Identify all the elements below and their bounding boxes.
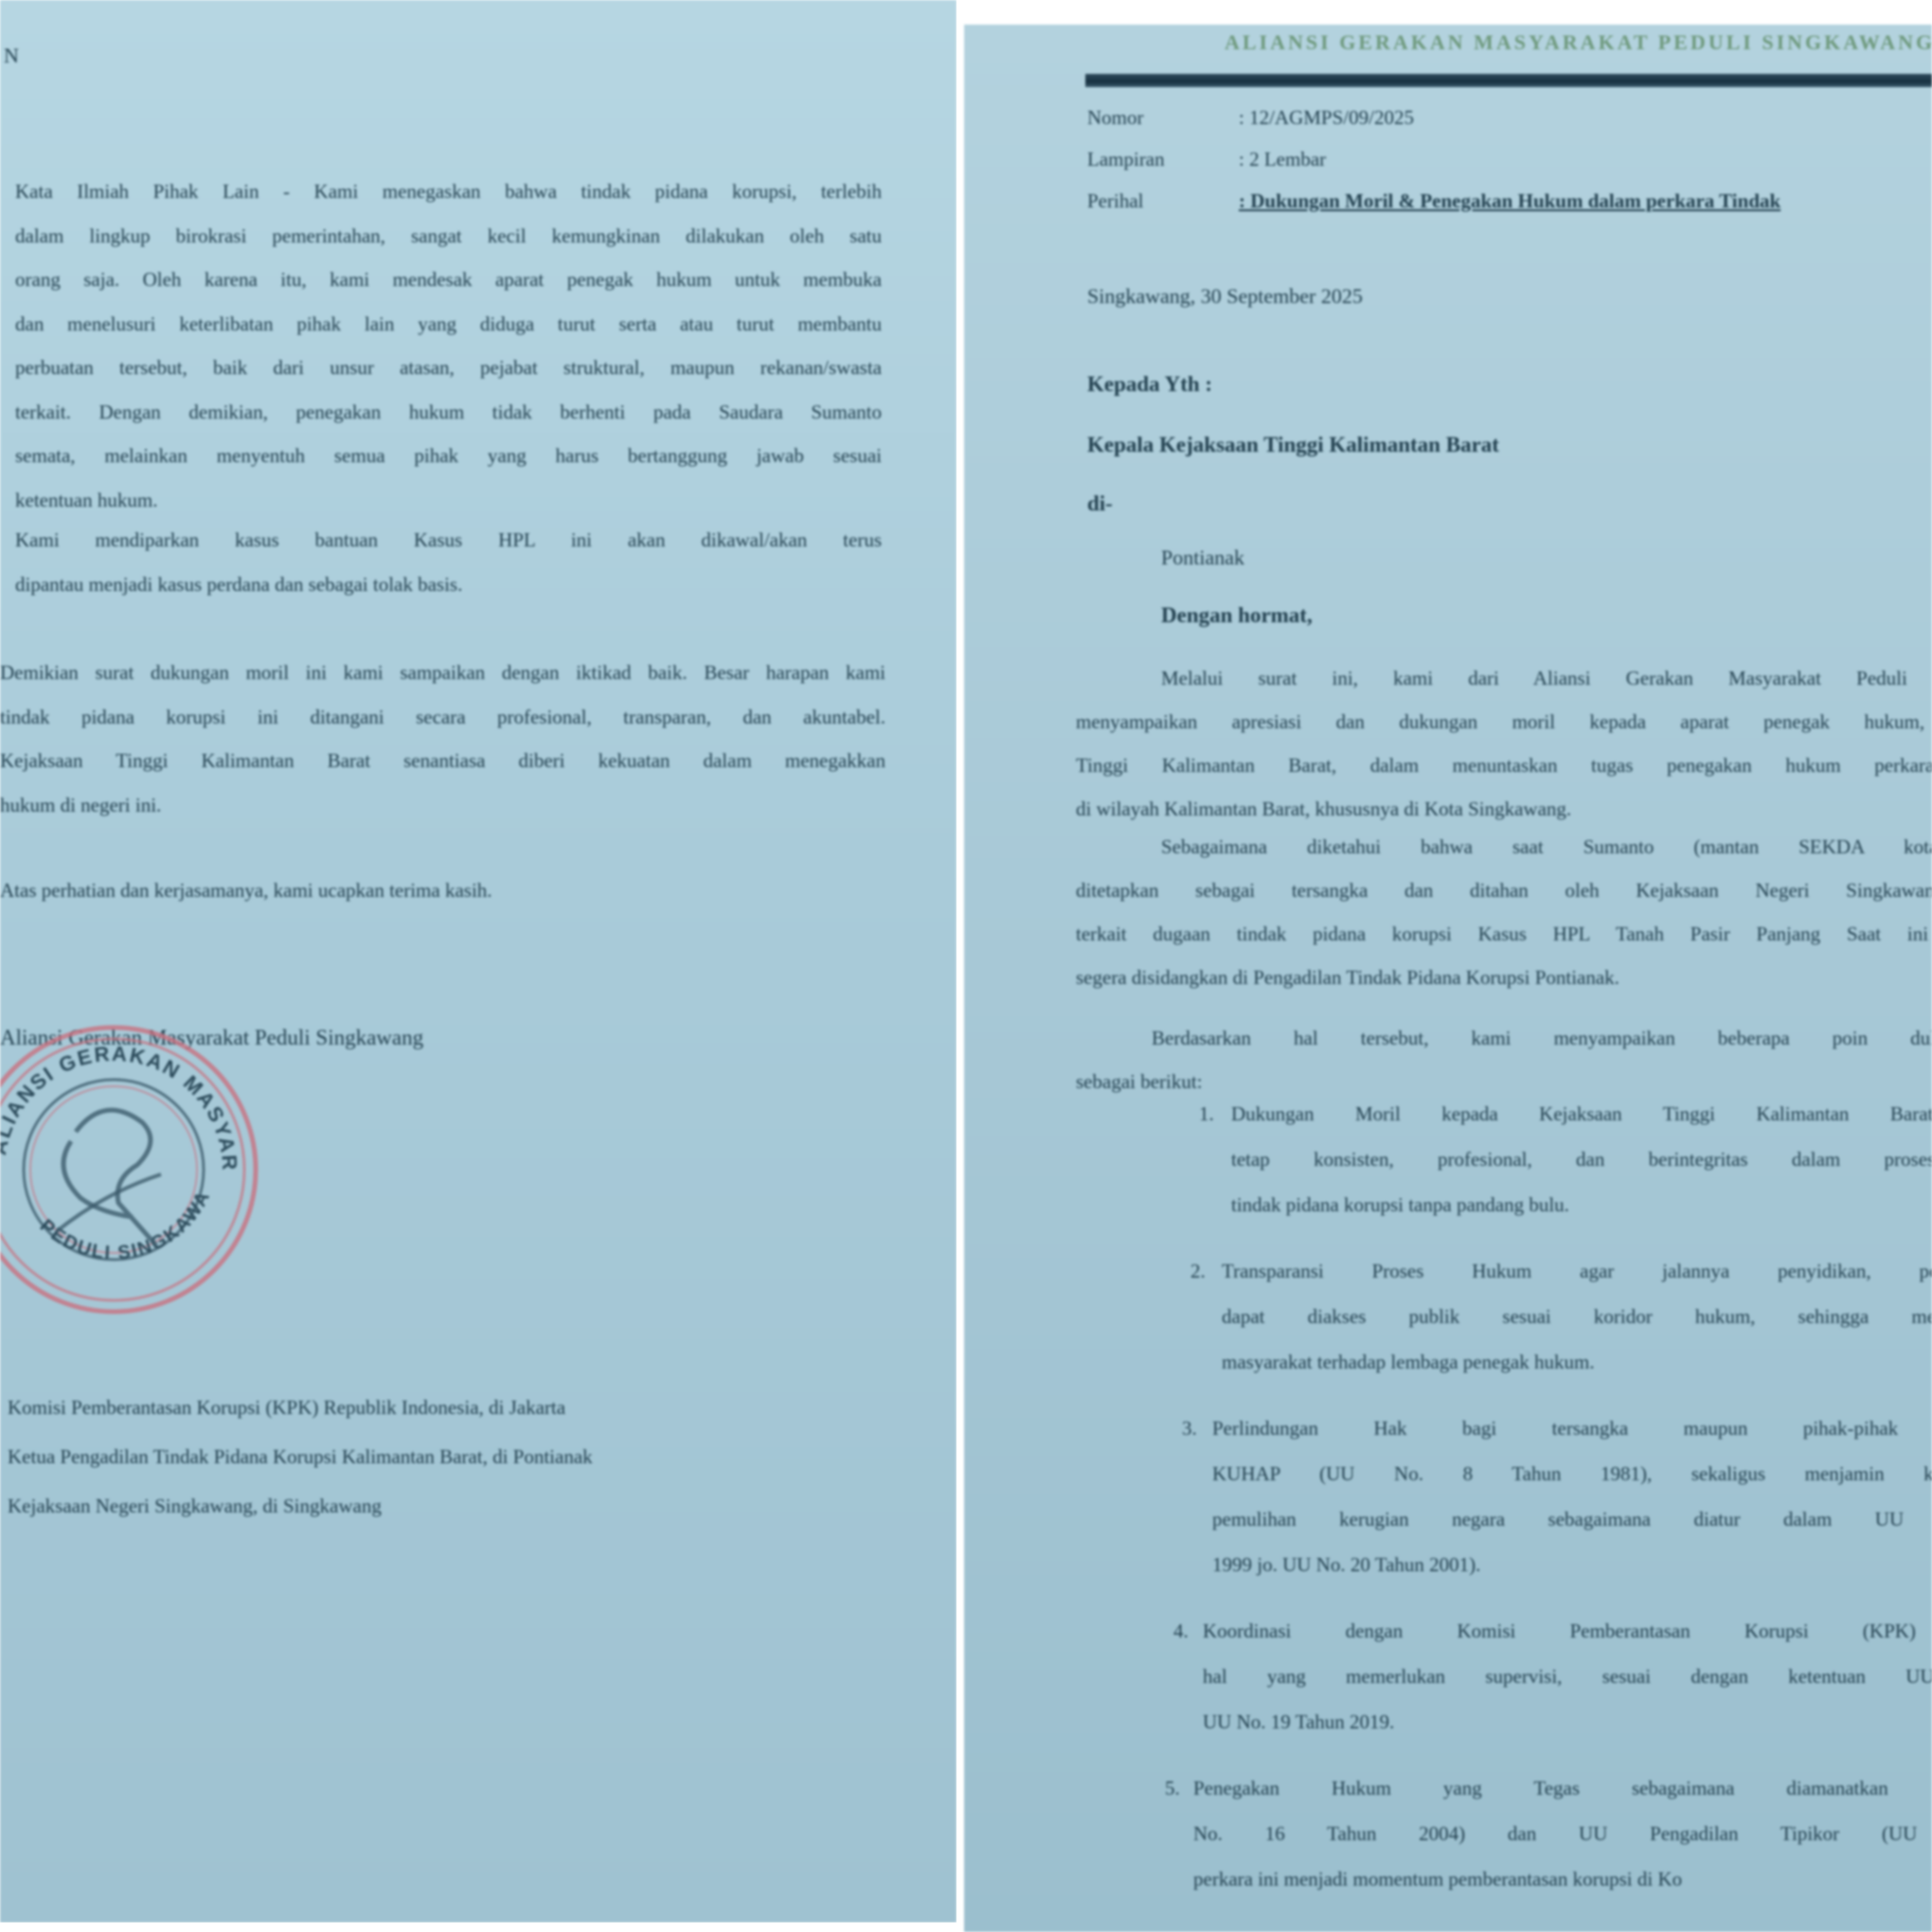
- paragraph-line: terkait. Dengan demikian, penegakan huku…: [15, 402, 882, 422]
- paragraph-line: ditetapkan sebagai tersangka dan ditahan…: [1076, 881, 1932, 901]
- header-field-label: Lampiran: [1087, 150, 1165, 170]
- letterhead-org-name: ALIANSI GERAKAN MASYARAKAT PEDULI SINGKA…: [1225, 30, 1932, 55]
- paragraph-line: Tinggi Kalimantan Barat, dalam menuntask…: [1076, 756, 1932, 776]
- letter-page-left: N Kata Ilmiah Pihak Lain - Kami menegask…: [0, 0, 957, 1923]
- header-field-value: : 12/AGMPS/09/2025: [1239, 108, 1414, 128]
- letter-page-right: ALIANSI GERAKAN MASYARAKAT PEDULI SINGKA…: [964, 25, 1932, 1932]
- point-line: KUHAP (UU No. 8 Tahun 1981), sekaligus m…: [1212, 1464, 1932, 1484]
- paragraph-line: Kata Ilmiah Pihak Lain - Kami menegaskan…: [15, 182, 882, 202]
- paragraph-line: sebagai berikut:: [1076, 1072, 1203, 1092]
- point-line: masyarakat terhadap lembaga penegak huku…: [1222, 1352, 1595, 1372]
- paragraph-line: semata, melainkan menyentuh semua pihak …: [15, 446, 882, 466]
- point-line: dapat diakses publik sesuai koridor huku…: [1222, 1307, 1932, 1327]
- paragraph-line: ketentuan hukum.: [15, 491, 157, 510]
- point-line: No. 16 Tahun 2004) dan UU Pengadilan Tip…: [1193, 1824, 1932, 1844]
- paragraph-line: terkait dugaan tindak pidana korupsi Kas…: [1076, 924, 1932, 944]
- paragraph-line: di wilayah Kalimantan Barat, khususnya d…: [1076, 799, 1571, 819]
- point-line: Koordinasi dengan Komisi Pemberantasan K…: [1203, 1621, 1932, 1641]
- paragraph-line: segera disidangkan di Pengadilan Tindak …: [1076, 968, 1619, 988]
- place-date: Singkawang, 30 September 2025: [1087, 286, 1363, 307]
- recipient-city: Pontianak: [1161, 547, 1244, 568]
- recipient-name: Kepala Kejaksaan Tinggi Kalimantan Barat: [1087, 434, 1499, 456]
- point-line: hal yang memerlukan supervisi, sesuai de…: [1203, 1667, 1932, 1687]
- point-number: 3.: [1182, 1419, 1197, 1439]
- salutation: Dengan hormat,: [1161, 604, 1313, 626]
- paragraph-line: tindak pidana korupsi ini ditangani seca…: [0, 707, 885, 727]
- cc-item: Kejaksaan Negeri Singkawang, di Singkawa…: [8, 1496, 382, 1516]
- point-number: 5.: [1165, 1779, 1180, 1798]
- point-line: Penegakan Hukum yang Tegas sebagaimana d…: [1193, 1779, 1932, 1798]
- cc-item: Ketua Pengadilan Tindak Pidana Korupsi K…: [8, 1447, 593, 1467]
- corner-mark: N: [4, 45, 19, 66]
- point-line: Transparansi Proses Hukum agar jalannya …: [1222, 1261, 1932, 1281]
- page-bottom-border: [0, 1923, 957, 1932]
- header-field-value: : Dukungan Moril & Penegakan Hukum dalam…: [1239, 191, 1780, 211]
- point-line: tetap konsisten, profesional, dan berint…: [1231, 1150, 1932, 1170]
- paragraph-line: dalam lingkup birokrasi pemerintahan, sa…: [15, 226, 882, 246]
- paragraph-line: Demikian surat dukungan moril ini kami s…: [0, 663, 885, 683]
- letterhead-rule: [1085, 74, 1932, 87]
- point-line: 1999 jo. UU No. 20 Tahun 2001).: [1212, 1555, 1480, 1575]
- paragraph-line: dan menelusuri keterlibatan pihak lain y…: [15, 314, 882, 334]
- paragraph-line: Sebagaimana diketahui bahwa saat Sumanto…: [1161, 837, 1932, 857]
- point-number: 4.: [1173, 1621, 1189, 1641]
- paragraph-line: hukum di negeri ini.: [0, 796, 161, 815]
- svg-text:ALIANSI GERAKAN MASYARAKAT: ALIANSI GERAKAN MASYARAKAT: [0, 1018, 241, 1172]
- cc-item: Komisi Pemberantasan Korupsi (KPK) Repub…: [8, 1398, 565, 1418]
- paragraph-line: Kejaksaan Tinggi Kalimantan Barat senant…: [0, 751, 885, 771]
- page-gap: [957, 0, 964, 1932]
- point-line: UU No. 19 Tahun 2019.: [1203, 1712, 1394, 1732]
- organization-stamp-icon: ALIANSI GERAKAN MASYARAKAT PEDULI SINGKA…: [0, 1018, 265, 1321]
- recipient-intro: Kepada Yth :: [1087, 373, 1212, 395]
- recipient-di: di-: [1087, 492, 1113, 514]
- header-field-value: : 2 Lembar: [1239, 150, 1326, 170]
- paragraph-line: Atas perhatian dan kerjasamanya, kami uc…: [0, 881, 492, 901]
- header-field-label: Perihal: [1087, 191, 1143, 211]
- paragraph-line: Kami mendiparkan kasus bantuan Kasus HPL…: [15, 530, 882, 550]
- paragraph-line: menyampaikan apresiasi dan dukungan mori…: [1076, 712, 1932, 732]
- point-line: tindak pidana korupsi tanpa pandang bulu…: [1231, 1195, 1569, 1215]
- header-field-label: Nomor: [1087, 108, 1144, 128]
- point-line: Perlindungan Hak bagi tersangka maupun p…: [1212, 1419, 1932, 1439]
- point-line: pemulihan kerugian negara sebagaimana di…: [1212, 1510, 1932, 1529]
- point-number: 2.: [1190, 1261, 1206, 1281]
- paragraph-line: dipantau menjadi kasus perdana dan sebag…: [15, 575, 462, 595]
- paragraph-line: perbuatan tersebut, baik dari unsur atas…: [15, 358, 882, 378]
- point-line: Dukungan Moril kepada Kejaksaan Tinggi K…: [1231, 1104, 1932, 1124]
- point-line: perkara ini menjadi momentum pemberantas…: [1193, 1869, 1682, 1889]
- paragraph-line: Berdasarkan hal tersebut, kami menyampai…: [1152, 1029, 1932, 1048]
- point-number: 1.: [1199, 1104, 1214, 1124]
- paragraph-line: Melalui surat ini, kami dari Aliansi Ger…: [1161, 669, 1932, 689]
- paragraph-line: orang saja. Oleh karena itu, kami mendes…: [15, 270, 882, 290]
